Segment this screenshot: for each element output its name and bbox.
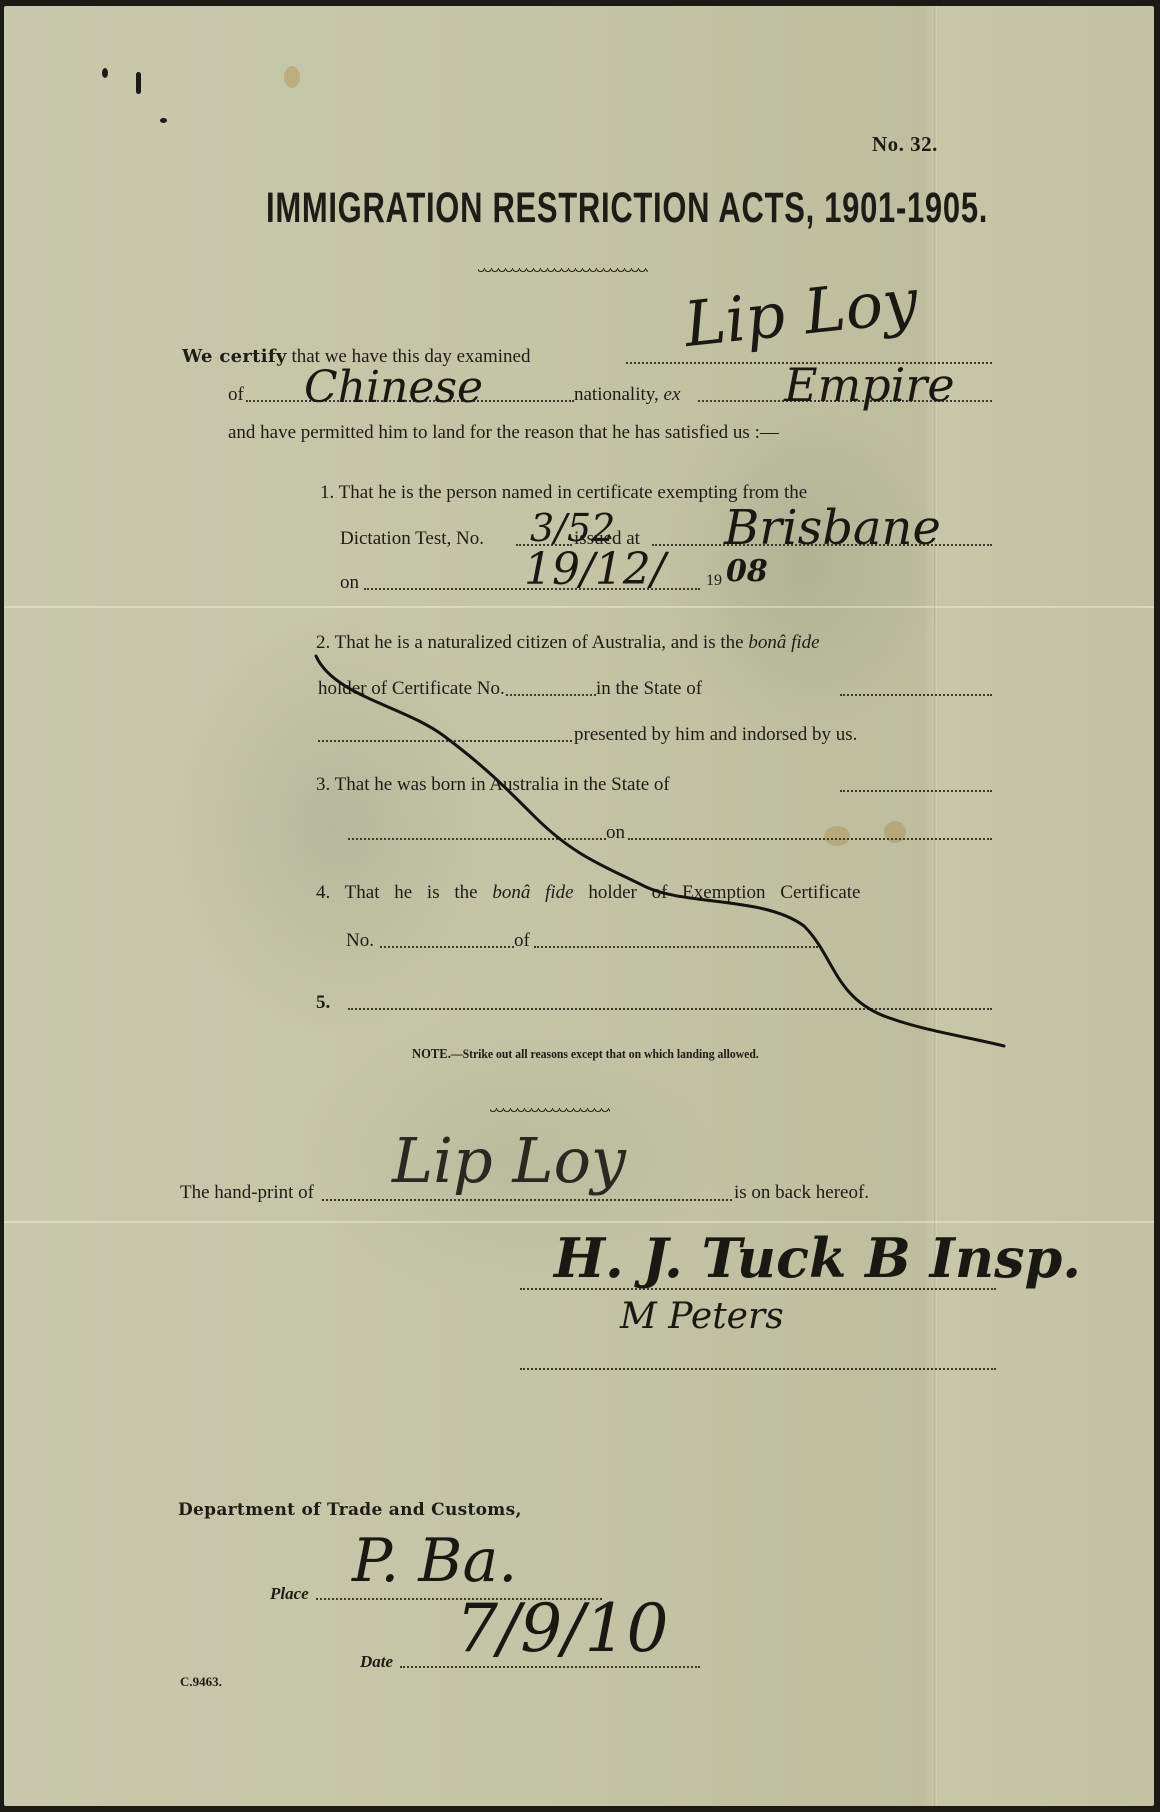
- document-page: No. 32. IMMIGRATION RESTRICTION ACTS, 19…: [4, 6, 1154, 1806]
- strike-out-line: [4, 6, 1154, 1806]
